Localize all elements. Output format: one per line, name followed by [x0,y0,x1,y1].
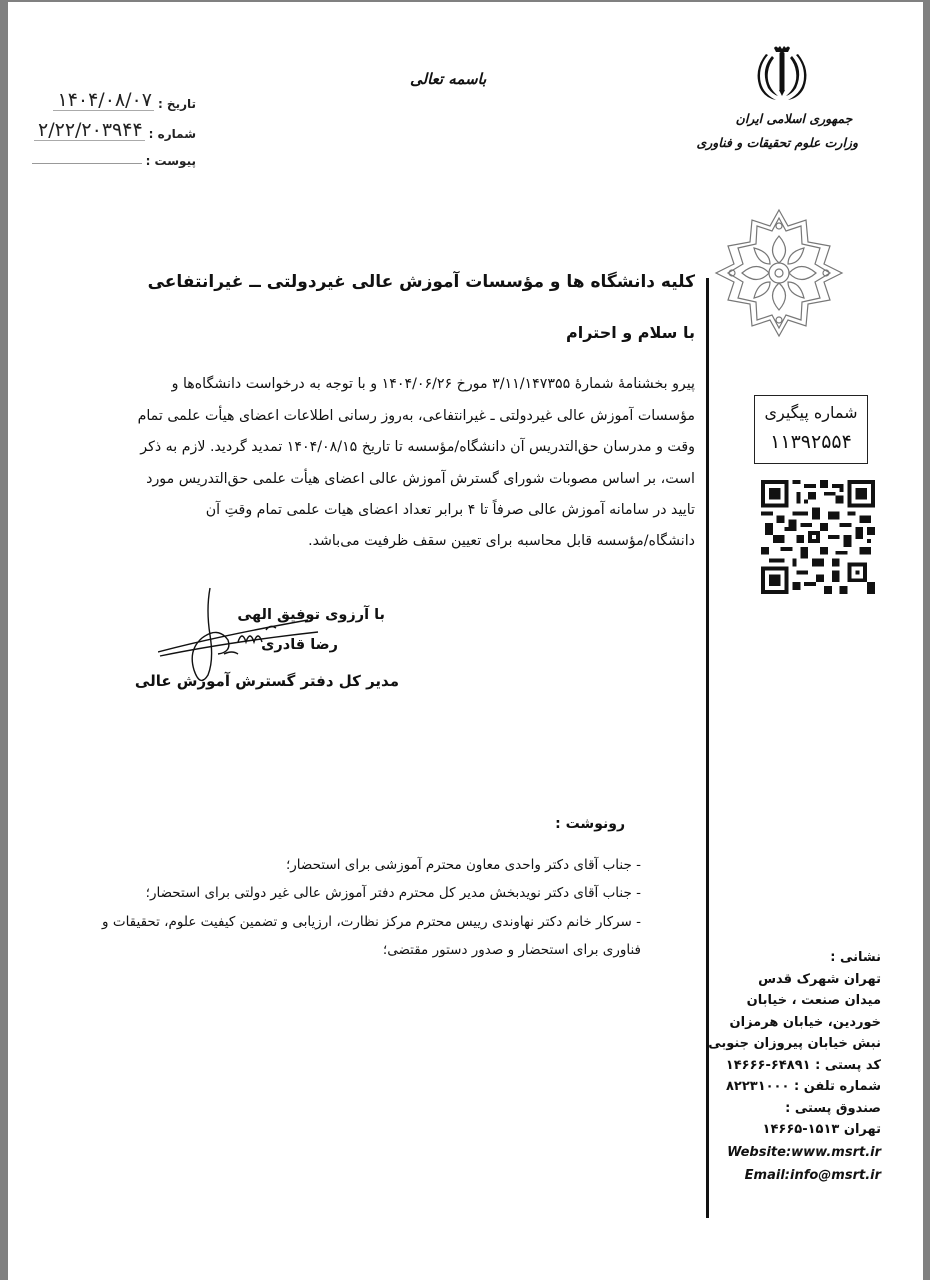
number-row: شماره : ۲/۲۲/۲۰۳۹۴۴ [34,120,196,141]
emblem-line-republic: جمهوری اسلامی ایران [730,106,858,132]
tracking-box: شماره پیگیری ۱۱۳۹۲۵۵۴ [754,395,868,464]
address-line: نبش خیابان پیروزان جنوبی [708,1033,881,1055]
meta-block: تاریخ : ۱۴۰۴/۰۸/۰۷ شماره : ۲/۲۲/۲۰۳۹۴۴ پ… [36,90,196,180]
cc-item: - سرکار خانم دکتر نهاوندی رییس محترم مرک… [102,914,641,930]
body-line: است، بر اساس مصوبات شورای گسترش آموزش عا… [265,469,695,489]
date-value: ۱۴۰۴/۰۸/۰۷ [53,90,153,111]
address-line: تهران ۱۵۱۳-۱۴۶۶۵ [708,1119,881,1141]
email-link[interactable]: Email:info@msrt.ir [745,1168,881,1183]
ornament-icon [712,206,846,340]
iran-emblem-icon [752,42,812,102]
address-line: میدان صنعت ، خیابان [708,990,881,1012]
cc-item: - جناب آقای دکتر واحدی معاون محترم آموزش… [286,857,641,873]
tracking-number: ۱۱۳۹۲۵۵۴ [755,428,867,456]
number-label: شماره : [149,127,196,141]
body-line: پیرو بخشنامهٔ شمارهٔ ۳/۱۱/۱۴۷۳۵۵ مورخ ۱۴… [265,374,695,394]
body-line: دانشگاه/مؤسسه قابل محاسبه برای تعیین سقف… [265,531,695,551]
body-line: وقت و مدرسان حق‌التدریس آن دانشگاه/مؤسسه… [265,437,695,457]
greeting: با سلام و احترام [566,323,695,342]
attachment-row: پیوست : [32,154,196,168]
emblem-line-ministry: وزارت علوم تحقیقات و فناوری [718,130,858,156]
attachment-label: پیوست : [146,154,196,168]
website-link[interactable]: Website:www.msrt.ir [727,1145,881,1160]
address-line: تهران شهرک قدس [708,969,881,991]
address-line: کد پستی : ۶۴۸۹۱-۱۴۶۶۶ [708,1055,881,1077]
cc-title: رونوشت : [555,816,625,832]
date-row: تاریخ : ۱۴۰۴/۰۸/۰۷ [53,90,196,111]
body-line: مؤسسات آموزش عالی غیردولتی ـ غیرانتفاعی،… [265,406,695,426]
handwritten-signature-icon [158,580,328,690]
attachment-value [32,162,142,164]
address-lines: نشانی : تهران شهرک قدس میدان صنعت ، خیاب… [708,947,881,1141]
address-line: خوردین، خیابان هرمزان [708,1012,881,1034]
tracking-label: شماره پیگیری [755,398,867,428]
address-line: صندوق پستی : [708,1098,881,1120]
date-label: تاریخ : [158,97,196,111]
address-line: نشانی : [708,947,881,969]
letter-page: تاریخ : ۱۴۰۴/۰۸/۰۷ شماره : ۲/۲۲/۲۰۳۹۴۴ پ… [8,2,923,1280]
body-line: تایید در سامانه آموزش عالی صرفاً تا ۴ بر… [265,500,695,520]
cc-item: فناوری برای استحضار و صدور دستور مقتضی؛ [383,942,641,958]
emblem-block: جمهوری اسلامی ایران وزارت علوم تحقیقات و… [708,42,858,156]
bismillah: باسمه تعالی [410,70,486,88]
address-line: شماره تلفن : ۸۲۲۳۱۰۰۰ [708,1076,881,1098]
addressee: کلیه دانشگاه ها و مؤسسات آموزش عالی غیرد… [148,272,695,292]
qr-code-icon[interactable] [760,480,876,594]
cc-item: - جناب آقای دکتر نویدبخش مدیر کل محترم د… [146,885,641,901]
number-value: ۲/۲۲/۲۰۳۹۴۴ [34,120,145,141]
